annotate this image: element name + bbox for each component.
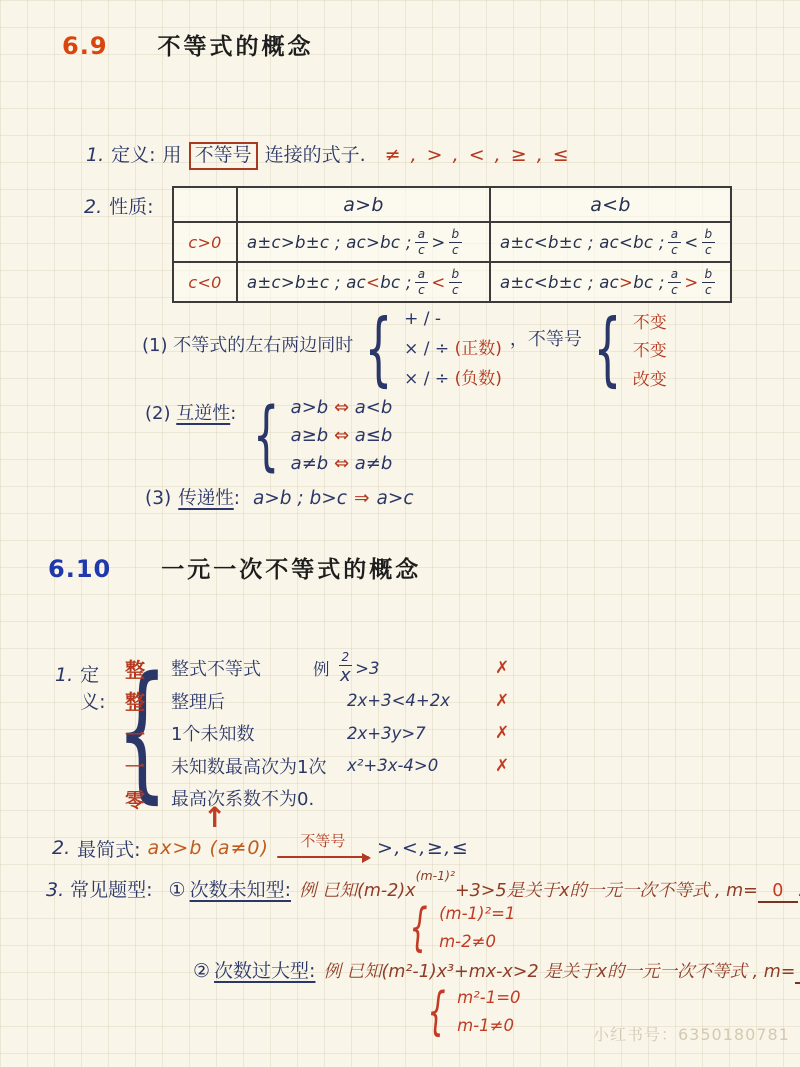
key-char: 零: [125, 784, 171, 813]
table-row2-label: c<0: [174, 261, 236, 301]
type1-system: { (m-1)²=1 m-2≠0: [402, 900, 515, 956]
table-row1-label: c>0: [174, 221, 236, 261]
fraction-2-over-x: 2x: [339, 651, 353, 685]
criterion-text: 1个未知数: [171, 720, 347, 746]
line2-index: 2.: [52, 837, 70, 859]
section-69-title: 不等式的概念: [158, 28, 314, 61]
definition-label: 定义:: [111, 140, 155, 167]
definition-pre: 用: [163, 140, 182, 167]
wrong-mark: ✗: [495, 658, 531, 678]
fraction-b-over-c: bc: [702, 228, 716, 256]
properties-text: 性质:: [109, 192, 153, 219]
system-equations: m²-1=0 m-1≠0: [457, 984, 520, 1040]
line3-index: 3.: [46, 879, 64, 901]
op-mul-div-negative: × / ÷ (负数): [404, 364, 502, 389]
fraction-b-over-c: bc: [449, 228, 463, 256]
iff-arrow: ⇔: [334, 425, 349, 446]
note3-label: 传递性:: [178, 484, 240, 510]
row1-a-text: a±c>b±c ; ac>bc ;: [247, 233, 412, 252]
simplest-form-formula: ax>b (a≠0): [148, 837, 269, 859]
line2-label: 最简式:: [77, 835, 140, 862]
table-header-a-gt-b: a>b: [236, 188, 489, 221]
result-unchanged-2: 不变: [633, 336, 667, 361]
note3-index: (3): [145, 488, 171, 509]
watermark: 小红书号：6350180781: [593, 1022, 790, 1045]
iff-arrow: ⇔: [334, 453, 349, 474]
properties-index: 2.: [84, 196, 102, 218]
equation: (m-1)²=1: [439, 901, 515, 927]
definition-index: 1.: [86, 144, 104, 166]
note1-operations: + / - × / ÷ (正数) × / ÷ (负数): [404, 306, 502, 392]
row1-b-op: <: [684, 233, 698, 252]
row2-a-red-op: <: [366, 273, 380, 292]
left-brace: {: [427, 984, 445, 1040]
allowed-symbols: >,<,≥,≤: [377, 837, 469, 859]
fraction-a-over-c: ac: [415, 268, 429, 296]
left-brace: {: [253, 395, 280, 475]
table-corner-cell: [174, 188, 236, 221]
properties-label: 2. 性质:: [84, 192, 154, 219]
wrong-mark: ✗: [495, 723, 531, 743]
type2-name: 次数过大型:: [214, 956, 315, 983]
row2-a-text2: bc ;: [380, 273, 412, 292]
equation: m-1≠0: [457, 1013, 520, 1039]
section-610-heading: 6.10 一元一次不等式的概念: [48, 551, 421, 584]
answer-blank: 0: [758, 883, 798, 903]
answer-blank: -1: [795, 964, 800, 984]
section-69-number: 6.9: [62, 32, 108, 60]
wrong-mark: ✗: [495, 756, 531, 776]
type2-example: 例 已知(m²-1)x³+mx-x>2 是关于x的一元一次不等式 , m=-1.: [323, 958, 800, 984]
boxed-term-inequality-sign: 不等号: [189, 142, 258, 170]
row2-b-red-op: >: [619, 273, 633, 292]
def610-label: 1. 定义:: [55, 660, 106, 714]
note1-head: (1) 不等式的左右两边同时: [142, 331, 353, 367]
inequality-symbols: ≠ , > , < , ≥ , ≤: [385, 144, 571, 166]
definition-post: 连接的式子.: [265, 140, 366, 167]
simplest-form-line: 2. 最简式: ax>b (a≠0) 不等号 >,<,≥,≤: [52, 830, 469, 866]
note3-right: a>c: [376, 488, 413, 509]
type2-number: ②: [193, 960, 210, 982]
equiv-row: a≥b ⇔ a≤b: [291, 425, 393, 446]
iff-arrow: ⇔: [334, 397, 349, 418]
fraction-a-over-c: ac: [668, 268, 682, 296]
criterion-text: 未知数最高次为1次: [171, 753, 347, 779]
key-char: 一: [125, 719, 171, 748]
type1-number: ①: [169, 879, 186, 901]
note-1-both-sides: (1) 不等式的左右两边同时 { + / - × / ÷ (正数) × / ÷ …: [142, 306, 667, 392]
fraction-b-over-c: bc: [702, 268, 716, 296]
wrong-mark: ✗: [495, 691, 531, 711]
up-arrow: ↑: [203, 804, 226, 832]
type1-name: 次数未知型:: [190, 875, 291, 902]
key-char: 整: [125, 686, 171, 715]
row2-b-text2: bc ;: [633, 273, 665, 292]
arrow-shaft: [277, 856, 369, 858]
row1-b-text: a±c<b±c ; ac<bc ;: [500, 233, 665, 252]
def610-rows: 整 整式不等式 例 2x >3 ✗ 整 整理后 2x+3<4+2x ✗ 一 1个…: [125, 652, 531, 815]
definition-line-69: 1. 定义: 用 不等号 连接的式子. ≠ , > , < , ≥ , ≤: [86, 140, 571, 170]
left-brace: {: [593, 307, 621, 391]
table-row2-cell-b: a±c<b±c ; ac > bc ; ac > bc: [489, 261, 730, 301]
criterion-text: 最高次系数不为0.: [171, 785, 347, 811]
fraction-a-over-c: ac: [415, 228, 429, 256]
left-brace: {: [409, 900, 427, 956]
type2-system: { m²-1=0 m-1≠0: [420, 984, 521, 1040]
note2-label: 互逆性: [176, 403, 230, 424]
arrow-head: [362, 853, 371, 863]
equiv-row: a≠b ⇔ a≠b: [291, 453, 393, 474]
equiv-row: a>b ⇔ a<b: [291, 397, 393, 418]
key-char: 一: [125, 751, 171, 780]
type1-example: 例 已知(m-2)x(m-1)²+3>5是关于x的一元一次不等式 , m=0.: [299, 877, 800, 903]
note-3-transitivity: (3) 传递性: a>b ; b>c ⇒ a>c: [145, 484, 414, 510]
example-expression: 2x+3y>7: [347, 724, 495, 743]
table-row1-cell-b: a±c<b±c ; ac<bc ; ac < bc: [489, 221, 730, 261]
op-plus-minus: + / -: [404, 309, 502, 329]
section-610-title: 一元一次不等式的概念: [161, 551, 421, 584]
note1-results: 不变 不变 改变: [633, 306, 667, 392]
key-char: 整: [125, 654, 171, 683]
table-header-a-lt-b: a<b: [489, 188, 730, 221]
fraction-b-over-c: bc: [449, 268, 463, 296]
note2-head: (2) 互逆性:: [145, 393, 236, 425]
table-row1-cell-a: a±c>b±c ; ac>bc ; ac > bc: [236, 221, 489, 261]
row2-a-text1: a±c>b±c ; ac: [247, 273, 366, 292]
note3-left: a>b ; b>c: [253, 488, 347, 509]
system-equations: (m-1)²=1 m-2≠0: [439, 900, 515, 956]
example-expression: x²+3x-4>0: [347, 756, 495, 775]
note-2-reversibility: (2) 互逆性: { a>b ⇔ a<b a≥b ⇔ a≤b a≠b ⇔ a≠b: [145, 393, 392, 477]
labeled-arrow: 不等号: [277, 830, 369, 866]
section-610-number: 6.10: [48, 555, 111, 583]
left-brace: {: [365, 307, 393, 391]
note1-mid: ，不等号: [510, 325, 582, 373]
note2-rows: a>b ⇔ a<b a≥b ⇔ a≤b a≠b ⇔ a≠b: [291, 393, 393, 477]
criterion-text: 整理后: [171, 688, 347, 714]
row2-a-op: <: [431, 273, 445, 292]
example-expression: 例 2x >3: [313, 651, 495, 685]
example-expression: 2x+3<4+2x: [347, 691, 495, 710]
section-69-heading: 6.9 不等式的概念: [62, 28, 314, 61]
fraction-a-over-c: ac: [668, 228, 682, 256]
row2-b-text1: a±c<b±c ; ac: [500, 273, 619, 292]
properties-table: a>b a<b c>0 a±c>b±c ; ac>bc ; ac > bc a±…: [172, 186, 732, 303]
result-changed: 改变: [633, 365, 667, 390]
implies-arrow: ⇒: [354, 488, 370, 509]
result-unchanged-1: 不变: [633, 308, 667, 333]
row1-a-op: >: [431, 233, 445, 252]
op-mul-div-positive: × / ÷ (正数): [404, 334, 502, 359]
equation: m-2≠0: [439, 929, 515, 955]
common-types-line2: ② 次数过大型: 例 已知(m²-1)x³+mx-x>2 是关于x的一元一次不等…: [193, 956, 800, 984]
arrow-label: 不等号: [277, 830, 369, 851]
table-row2-cell-a: a±c>b±c ; ac < bc ; ac < bc: [236, 261, 489, 301]
line3-label: 常见题型:: [70, 875, 152, 902]
equation: m²-1=0: [457, 985, 520, 1011]
row2-b-op: >: [684, 273, 698, 292]
exponent: (m-1)²: [416, 868, 455, 883]
